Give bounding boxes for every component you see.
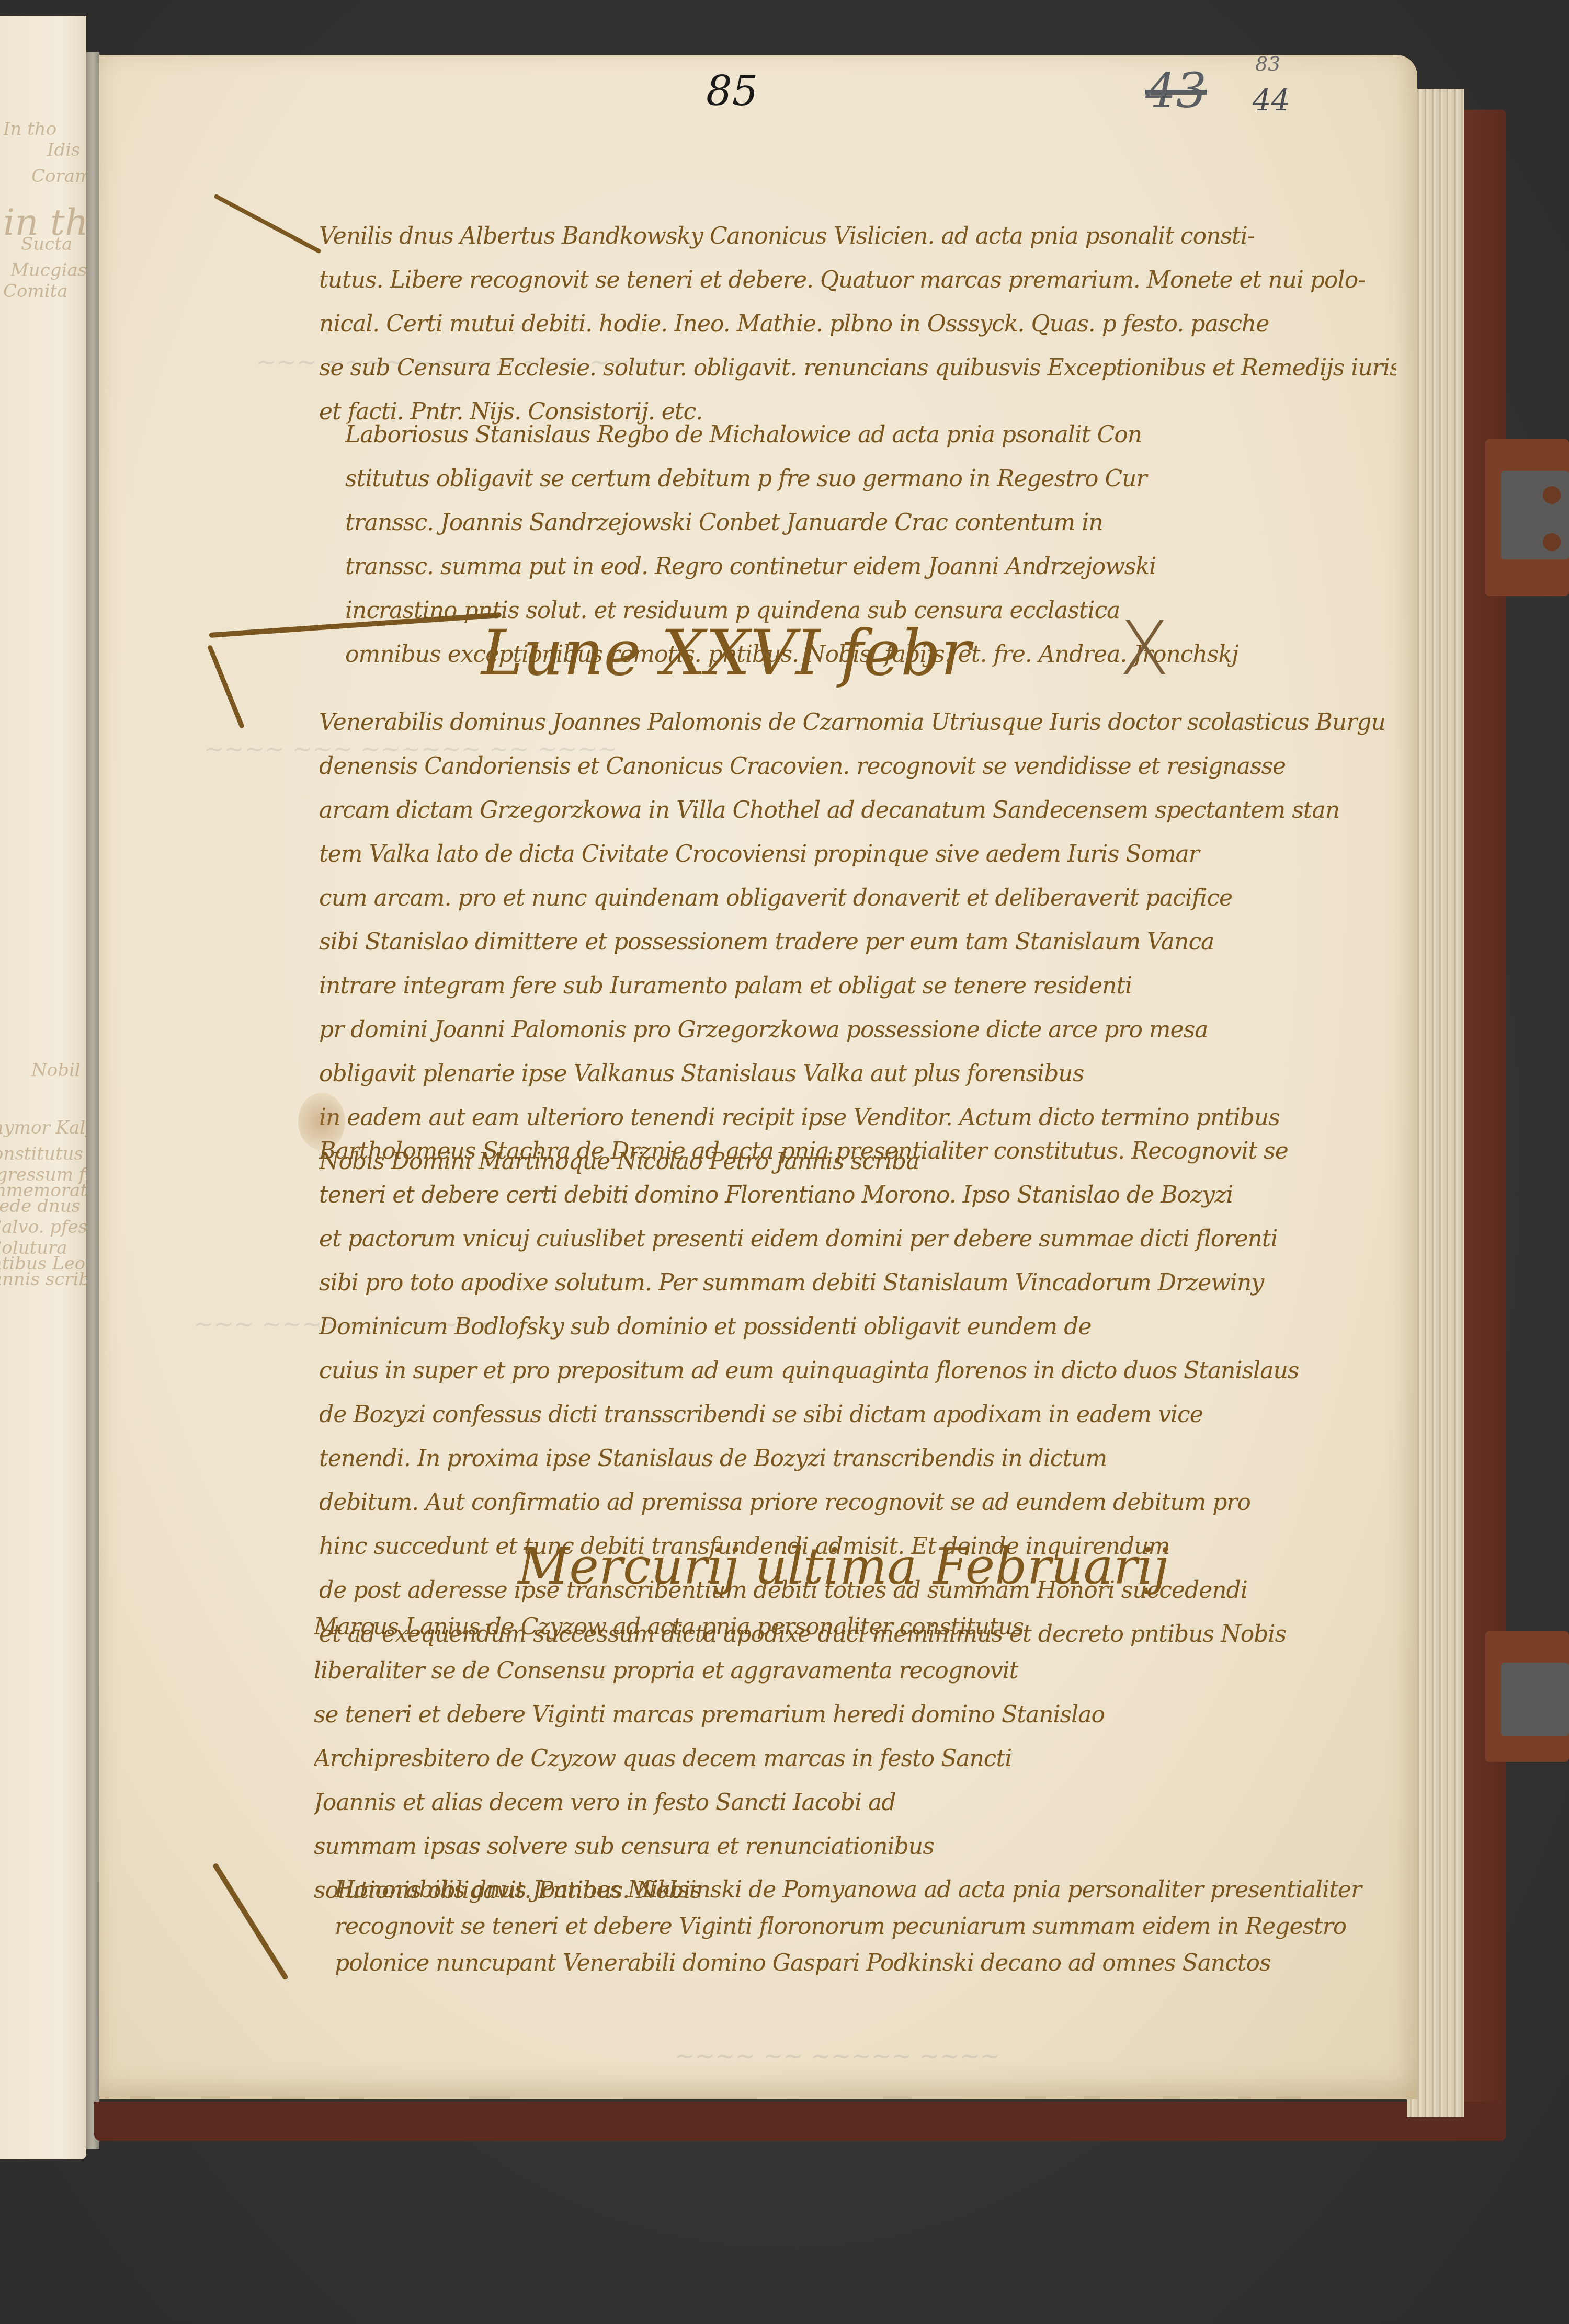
folio-number-crossed: 43 [1145, 63, 1207, 119]
ghost-text: Sucta [21, 235, 72, 253]
text-line: transsc. summa put in eod. Regro contine… [345, 545, 1423, 589]
text-line: se teneri et debere Viginti marcas prema… [314, 1693, 1391, 1737]
text-line: stitutus obligavit se certum debitum p f… [345, 457, 1423, 501]
text-line: sibi Stanislao dimittere et possessionem… [319, 920, 1396, 964]
text-line: Venilis dnus Albertus Bandkowsky Canonic… [319, 214, 1396, 258]
ghost-text: Comita [3, 282, 68, 300]
text-line: et pactorum vnicuj cuiuslibet presenti e… [319, 1217, 1396, 1261]
text-line: pr domini Joanni Palomonis pro Grzegorzk… [319, 1008, 1396, 1052]
date-heading-2: Mercurij ultima Februarij [518, 1537, 1169, 1596]
leather-cover-bottom [94, 2102, 1506, 2141]
text-line: Venerabilis dominus Joannes Palomonis de… [319, 701, 1396, 745]
text-line: Bartholomeus Stachra de Drznie ad acta p… [319, 1129, 1396, 1173]
text-line: Marcus Lanius de Czyzow ad acta pnia per… [314, 1605, 1391, 1649]
ghost-text: In tho [3, 120, 56, 138]
entry-6: Honorabilis dnus Joannes Mikisinski de P… [335, 1872, 1412, 1982]
ghost-text: Nobil [31, 1061, 81, 1079]
text-line: Laboriosus Stanislaus Regbo de Michalowi… [345, 413, 1423, 457]
text-line: recognovit se teneri et debere Viginti f… [335, 1908, 1412, 1945]
text-line: nical. Certi mutui debiti. hodie. Ineo. … [319, 302, 1396, 346]
text-line: se sub Censura Ecclesie. solutur. obliga… [319, 346, 1396, 390]
ghost-text: Jannis scriba [0, 1270, 100, 1288]
ghost-text: Coram [31, 167, 92, 185]
text-line: debitum. Aut confirmatio ad premissa pri… [319, 1481, 1396, 1525]
folio-number-pencil: 44 [1253, 84, 1290, 118]
folio-number-pencil-small: 83 [1255, 52, 1280, 75]
text-line: tem Valka lato de dicta Civitate Crocovi… [319, 832, 1396, 876]
text-line: liberaliter se de Consensu propria et ag… [314, 1649, 1391, 1693]
metal-plate [1501, 1663, 1569, 1736]
left-page-edge: In tho Idis Coram in the Sucta Mucgias C… [0, 16, 86, 2159]
entry-1: Venilis dnus Albertus Bandkowsky Canonic… [319, 214, 1396, 434]
ghost-text: Mucgias [10, 261, 87, 279]
text-line: obligavit plenarie ipse Valkanus Stanisl… [319, 1052, 1396, 1096]
text-line: intrare integram fere sub Iuramento pala… [319, 964, 1396, 1008]
text-line: arcam dictam Grzegorzkowa in Villa Choth… [319, 788, 1396, 832]
text-line: Dominicum Bodlofsky sub dominio et possi… [319, 1305, 1396, 1349]
bleed-through-text: ~~~~ ~~ ~~~~~ ~~~~ [675, 2042, 1000, 2070]
text-line: sibi pro toto apodixe solutum. Per summa… [319, 1261, 1396, 1305]
date-heading-1: Lune XXVI febr [481, 617, 971, 690]
text-line: de Bozyzi confessus dicti transscribendi… [319, 1393, 1396, 1437]
rivet-icon [1543, 533, 1561, 551]
rivet-icon [1543, 486, 1561, 504]
leather-cover-right [1459, 110, 1506, 2138]
text-line: polonice nuncupant Venerabili domino Gas… [335, 1945, 1412, 1982]
text-line: denensis Candoriensis et Canonicus Craco… [319, 745, 1396, 788]
entry-5: Marcus Lanius de Czyzow ad acta pnia per… [314, 1605, 1391, 1913]
folio-number: 85 [706, 68, 758, 115]
text-line: teneri et debere certi debiti domino Flo… [319, 1173, 1396, 1217]
text-line: cuius in super et pro prepositum ad eum … [319, 1349, 1396, 1393]
text-line: Joannis et alias decem vero in festo San… [314, 1781, 1391, 1825]
text-line: Archipresbitero de Czyzow quas decem mar… [314, 1737, 1391, 1781]
text-line: summam ipsas solvere sub censura et renu… [314, 1825, 1391, 1869]
entry-3: Venerabilis dominus Joannes Palomonis de… [319, 701, 1396, 1184]
text-line: cum arcam. pro et nunc quindenam obligav… [319, 876, 1396, 920]
text-line: tutus. Libere recognovit se teneri et de… [319, 258, 1396, 302]
margin-x-mark: X [1119, 606, 1169, 692]
gutter-shadow [86, 52, 99, 2149]
text-line: Honorabilis dnus Joannes Mikisinski de P… [335, 1872, 1412, 1908]
clasp-strap-lower [1485, 1631, 1569, 1762]
text-line: transsc. Joannis Sandrzejowski Conbet Ja… [345, 501, 1423, 545]
text-line: tenendi. In proxima ipse Stanislaus de B… [319, 1437, 1396, 1481]
clasp-strap-upper [1485, 439, 1569, 596]
ghost-text: Idis [47, 141, 81, 159]
